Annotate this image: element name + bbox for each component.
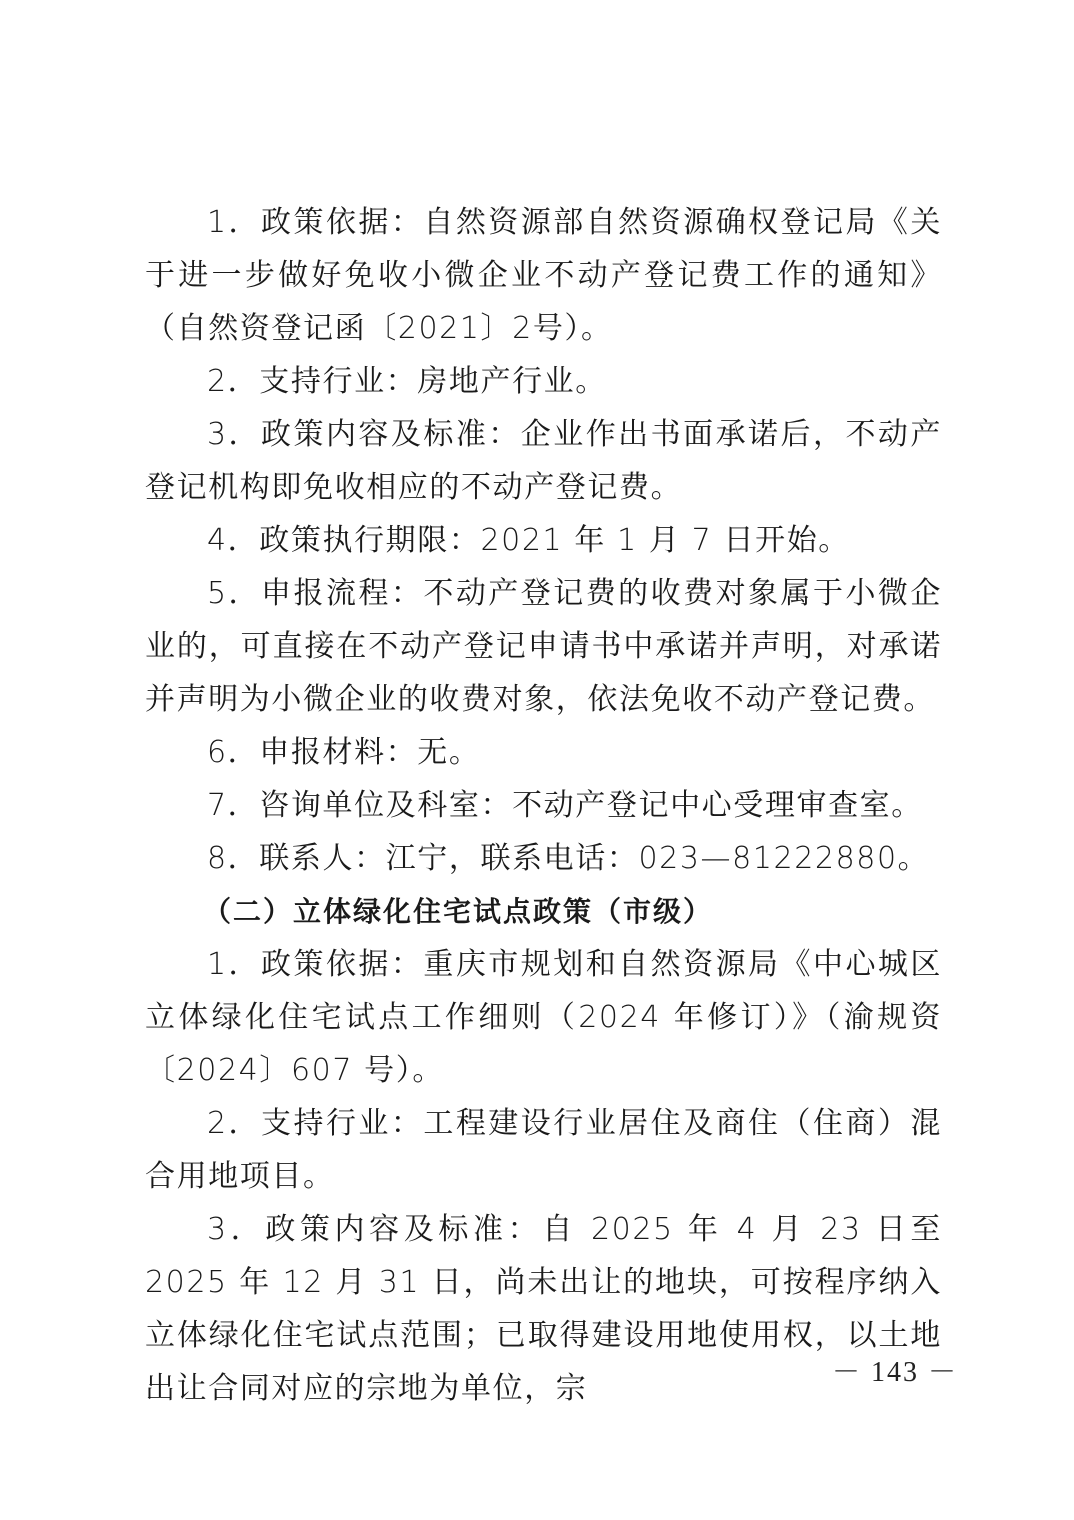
contact-paragraph: 8．联系人：江宁，联系电话：023—81222880。 bbox=[145, 832, 942, 885]
policy-content-paragraph: 3．政策内容及标准：企业作出书面承诺后，不动产登记机构即免收相应的不动产登记费。 bbox=[145, 408, 942, 514]
page-number: － 143 － bbox=[832, 1350, 958, 1390]
policy-content-paragraph-2: 3．政策内容及标准：自 2025 年 4 月 23 日至 2025 年 12 月… bbox=[145, 1203, 942, 1415]
policy-period-paragraph: 4．政策执行期限：2021 年 1 月 7 日开始。 bbox=[145, 514, 942, 567]
document-body: 1．政策依据：自然资源部自然资源确权登记局《关于进一步做好免收小微企业不动产登记… bbox=[145, 196, 942, 1415]
section-heading: （二）立体绿化住宅试点政策（市级） bbox=[145, 885, 942, 938]
document-page: 1．政策依据：自然资源部自然资源确权登记局《关于进一步做好免收小微企业不动产登记… bbox=[0, 0, 1074, 1520]
supported-industry-paragraph-2: 2．支持行业：工程建设行业居住及商住（住商）混合用地项目。 bbox=[145, 1097, 942, 1203]
application-materials-paragraph: 6．申报材料：无。 bbox=[145, 726, 942, 779]
consulting-unit-paragraph: 7．咨询单位及科室：不动产登记中心受理审查室。 bbox=[145, 779, 942, 832]
policy-basis-paragraph-2: 1．政策依据：重庆市规划和自然资源局《中心城区立体绿化住宅试点工作细则（2024… bbox=[145, 938, 942, 1097]
policy-basis-paragraph: 1．政策依据：自然资源部自然资源确权登记局《关于进一步做好免收小微企业不动产登记… bbox=[145, 196, 942, 355]
supported-industry-paragraph: 2．支持行业：房地产行业。 bbox=[145, 355, 942, 408]
application-process-paragraph: 5．申报流程：不动产登记费的收费对象属于小微企业的，可直接在不动产登记申请书中承… bbox=[145, 567, 942, 726]
